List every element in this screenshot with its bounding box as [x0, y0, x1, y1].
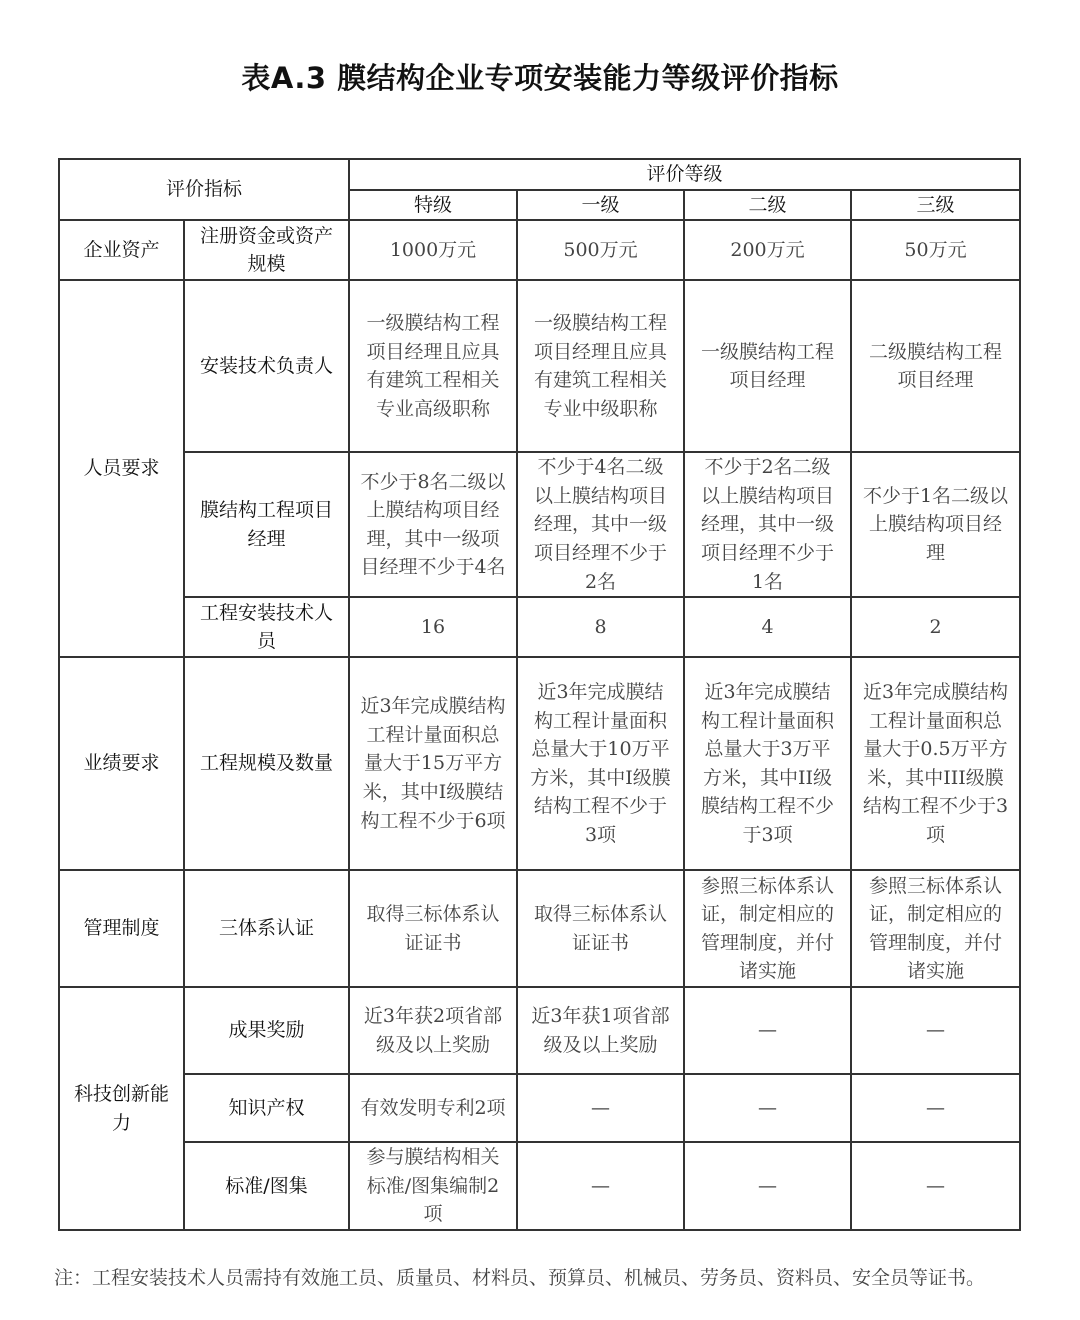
cell: 一级膜结构工程项目经理: [684, 280, 851, 452]
cell: 不少于2名二级以上膜结构项目经理，其中一级项目经理不少于1名: [684, 452, 851, 597]
grade-3: 三级: [851, 190, 1020, 221]
item-capital: 注册资金或资产规模: [184, 220, 349, 280]
item-certification: 三体系认证: [184, 870, 349, 987]
cell: 一级膜结构工程项目经理且应具有建筑工程相关专业中级职称: [517, 280, 684, 452]
item-awards: 成果奖励: [184, 987, 349, 1074]
cell: 4: [684, 597, 851, 657]
cell: 不少于4名二级以上膜结构项目经理，其中一级项目经理不少于2名: [517, 452, 684, 597]
cell: —: [684, 987, 851, 1074]
cell: 50万元: [851, 220, 1020, 280]
item-ip: 知识产权: [184, 1074, 349, 1142]
cell: 16: [349, 597, 517, 657]
cell: 近3年完成膜结构工程计量面积总量大于10万平方米，其中I级膜结构工程不少于3项: [517, 657, 684, 870]
item-project-manager: 膜结构工程项目经理: [184, 452, 349, 597]
cell: 不少于8名二级以上膜结构项目经理，其中一级项目经理不少于4名: [349, 452, 517, 597]
header-indicator: 评价指标: [59, 159, 349, 220]
grade-2: 二级: [684, 190, 851, 221]
item-standards: 标准/图集: [184, 1142, 349, 1230]
cell: 200万元: [684, 220, 851, 280]
cell: —: [684, 1142, 851, 1230]
cell: 近3年完成膜结构工程计量面积总量大于3万平方米，其中II级膜结构工程不少于3项: [684, 657, 851, 870]
cell: 取得三标体系认证证书: [349, 870, 517, 987]
table-row: 科技创新能力 成果奖励 近3年获2项省部级及以上奖励 近3年获1项省部级及以上奖…: [59, 987, 1020, 1074]
cell: 取得三标体系认证证书: [517, 870, 684, 987]
grade-1: 一级: [517, 190, 684, 221]
category-innovation: 科技创新能力: [59, 987, 184, 1230]
table-row: 标准/图集 参与膜结构相关标准/图集编制2项 — — —: [59, 1142, 1020, 1230]
evaluation-table: 评价指标 评价等级 特级 一级 二级 三级 企业资产 注册资金或资产规模 100…: [58, 158, 1021, 1231]
item-tech-lead: 安装技术负责人: [184, 280, 349, 452]
cell: —: [517, 1142, 684, 1230]
cell: —: [851, 987, 1020, 1074]
table-row: 业绩要求 工程规模及数量 近3年完成膜结构工程计量面积总量大于15万平方米，其中…: [59, 657, 1020, 870]
cell: 参与膜结构相关标准/图集编制2项: [349, 1142, 517, 1230]
cell: 参照三标体系认证，制定相应的管理制度，并付诸实施: [684, 870, 851, 987]
table-row: 企业资产 注册资金或资产规模 1000万元 500万元 200万元 50万元: [59, 220, 1020, 280]
cell: 一级膜结构工程项目经理且应具有建筑工程相关专业高级职称: [349, 280, 517, 452]
table-title: 表A.3 膜结构企业专项安装能力等级评价指标: [0, 56, 1080, 97]
category-performance: 业绩要求: [59, 657, 184, 870]
cell: 近3年完成膜结构工程计量面积总量大于0.5万平方米，其中III级膜结构工程不少于…: [851, 657, 1020, 870]
cell: 参照三标体系认证，制定相应的管理制度，并付诸实施: [851, 870, 1020, 987]
cell: —: [851, 1142, 1020, 1230]
cell: —: [517, 1074, 684, 1142]
cell: 1000万元: [349, 220, 517, 280]
cell: 有效发明专利2项: [349, 1074, 517, 1142]
cell: 近3年获1项省部级及以上奖励: [517, 987, 684, 1074]
table-row: 工程安装技术人员 16 8 4 2: [59, 597, 1020, 657]
item-technicians: 工程安装技术人员: [184, 597, 349, 657]
grade-special: 特级: [349, 190, 517, 221]
cell: 近3年完成膜结构工程计量面积总量大于15万平方米，其中I级膜结构工程不少于6项: [349, 657, 517, 870]
category-personnel: 人员要求: [59, 280, 184, 657]
table-note: 注：工程安装技术人员需持有效施工员、质量员、材料员、预算员、机械员、劳务员、资料…: [54, 1262, 1034, 1294]
cell: 2: [851, 597, 1020, 657]
cell: —: [684, 1074, 851, 1142]
header-grade: 评价等级: [349, 159, 1020, 190]
cell: 500万元: [517, 220, 684, 280]
cell: 不少于1名二级以上膜结构项目经理: [851, 452, 1020, 597]
category-assets: 企业资产: [59, 220, 184, 280]
table-row: 管理制度 三体系认证 取得三标体系认证证书 取得三标体系认证证书 参照三标体系认…: [59, 870, 1020, 987]
cell: 8: [517, 597, 684, 657]
cell: —: [851, 1074, 1020, 1142]
category-management: 管理制度: [59, 870, 184, 987]
table-row: 知识产权 有效发明专利2项 — — —: [59, 1074, 1020, 1142]
cell: 二级膜结构工程项目经理: [851, 280, 1020, 452]
item-scale: 工程规模及数量: [184, 657, 349, 870]
table-row: 膜结构工程项目经理 不少于8名二级以上膜结构项目经理，其中一级项目经理不少于4名…: [59, 452, 1020, 597]
cell: 近3年获2项省部级及以上奖励: [349, 987, 517, 1074]
table-row: 人员要求 安装技术负责人 一级膜结构工程项目经理且应具有建筑工程相关专业高级职称…: [59, 280, 1020, 452]
